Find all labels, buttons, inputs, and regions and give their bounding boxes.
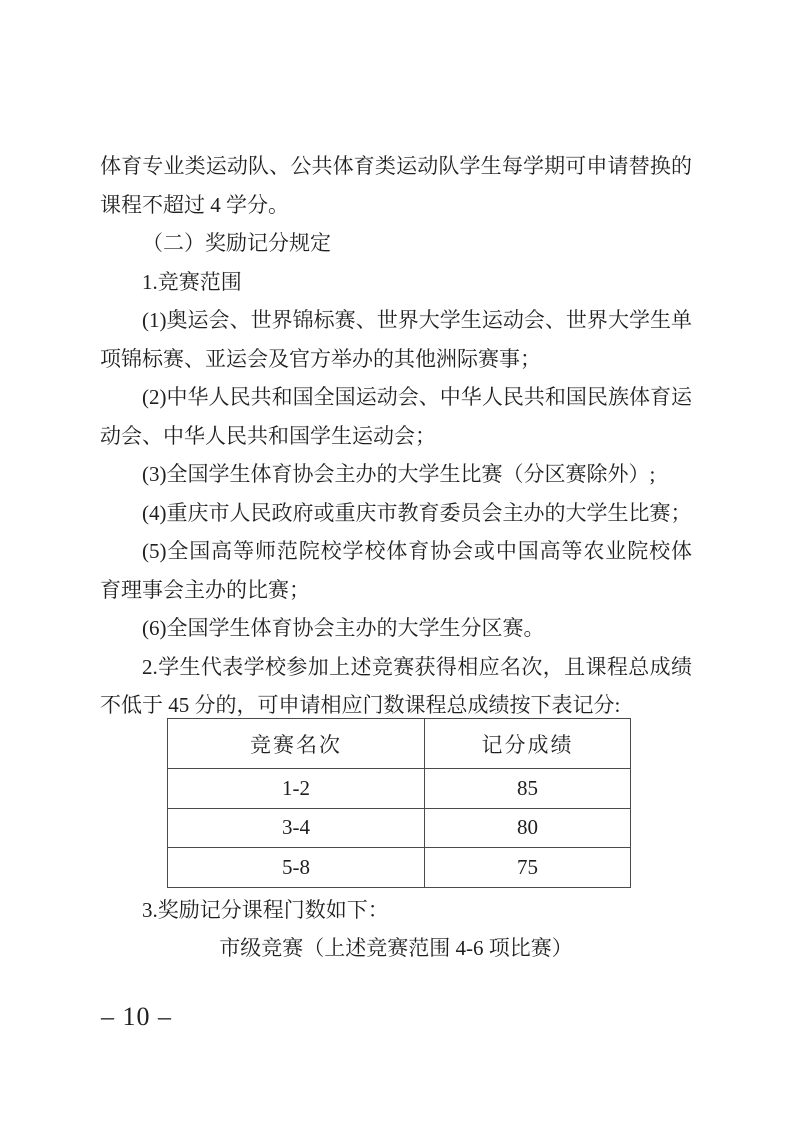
- subsection-heading: 1.竞赛范围: [100, 263, 692, 302]
- text-line: (3)全国学生体育协会主办的大学生比赛（分区赛除外）;: [100, 455, 692, 494]
- text-line: 2.学生代表学校参加上述竞赛获得相应名次，且课程总成绩: [100, 648, 692, 687]
- text-line: (2)中华人民共和国全国运动会、中华人民共和国民族体育运: [100, 378, 692, 417]
- table-cell-score: 80: [425, 808, 631, 848]
- table-row: 1-2 85: [168, 769, 631, 809]
- table-row: 5-8 75: [168, 848, 631, 888]
- body-text-block: 体育专业类运动队、公共体育类运动队学生每学期可申请替换的 课程不超过 4 学分。…: [100, 147, 692, 725]
- table-cell-rank: 3-4: [168, 808, 425, 848]
- table-cell-score: 85: [425, 769, 631, 809]
- table-header-score: 记分成绩: [425, 719, 631, 769]
- table-header-rank: 竞赛名次: [168, 719, 425, 769]
- text-line: (6)全国学生体育协会主办的大学生分区赛。: [100, 609, 692, 648]
- text-line: 动会、中华人民共和国学生运动会；: [100, 417, 692, 456]
- text-line: 3.奖励记分课程门数如下：: [100, 891, 692, 930]
- score-table: 竞赛名次 记分成绩 1-2 85 3-4 80 5-8 75: [167, 718, 631, 888]
- section-heading: （二）奖励记分规定: [100, 224, 692, 263]
- text-line-centered: 市级竞赛（上述竞赛范围 4-6 项比赛）: [100, 929, 692, 968]
- text-line: (1)奥运会、世界锦标赛、世界大学生运动会、世界大学生单: [100, 301, 692, 340]
- table-cell-rank: 5-8: [168, 848, 425, 888]
- text-line: 课程不超过 4 学分。: [100, 186, 692, 225]
- page-number: – 10 –: [101, 1002, 172, 1032]
- text-line: 体育专业类运动队、公共体育类运动队学生每学期可申请替换的: [100, 147, 692, 186]
- text-line: 项锦标赛、亚运会及官方举办的其他洲际赛事；: [100, 340, 692, 379]
- document-page: 体育专业类运动队、公共体育类运动队学生每学期可申请替换的 课程不超过 4 学分。…: [0, 0, 794, 1123]
- score-table-header-row: 竞赛名次 记分成绩: [168, 719, 631, 769]
- text-line: (5)全国高等师范院校学校体育协会或中国高等农业院校体: [100, 532, 692, 571]
- text-line: (4)重庆市人民政府或重庆市教育委员会主办的大学生比赛；: [100, 494, 692, 533]
- table-cell-rank: 1-2: [168, 769, 425, 809]
- table-cell-score: 75: [425, 848, 631, 888]
- table-row: 3-4 80: [168, 808, 631, 848]
- text-line: 育理事会主办的比赛；: [100, 571, 692, 610]
